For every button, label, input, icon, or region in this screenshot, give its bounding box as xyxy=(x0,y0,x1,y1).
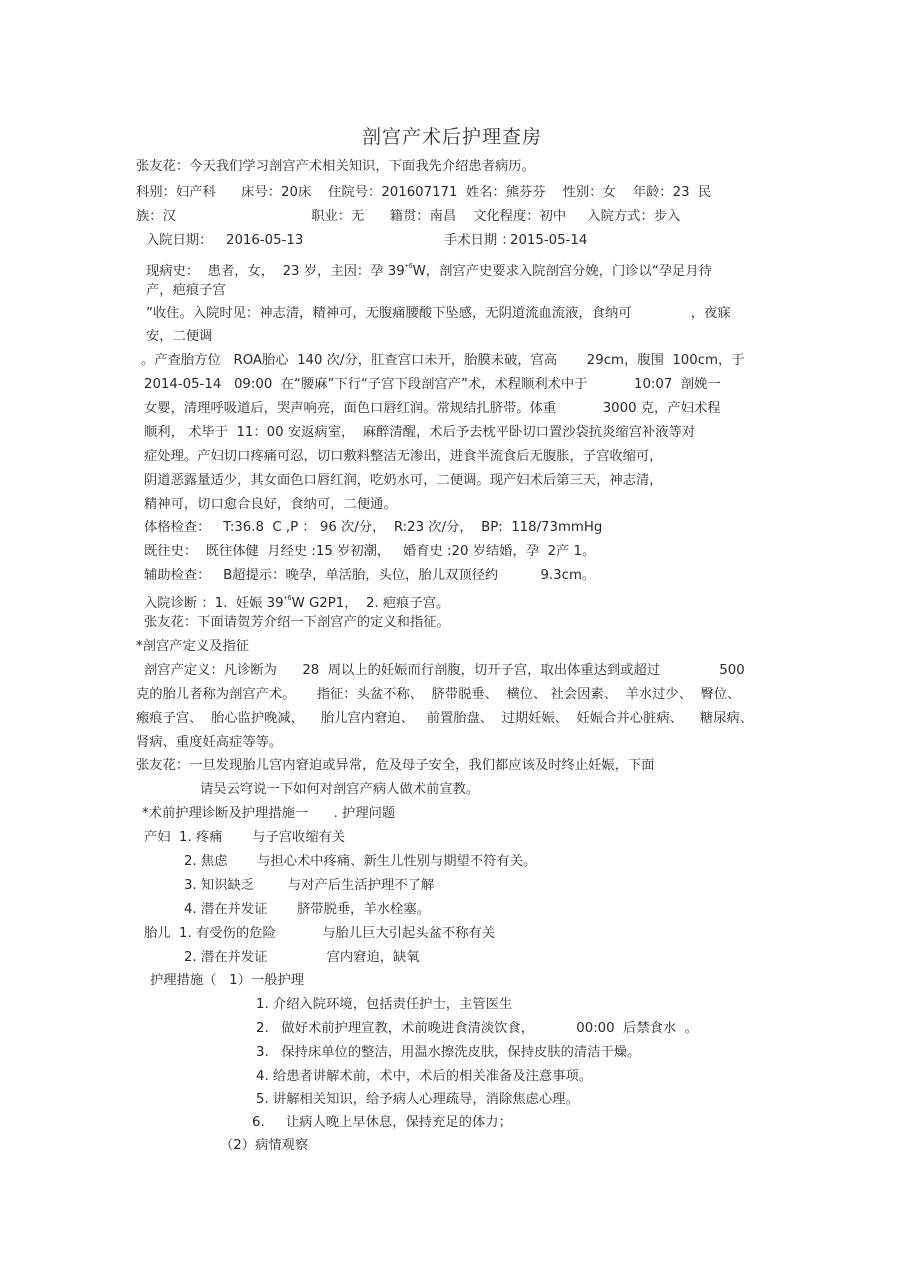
transition-line-1: 张友花：下面请贺芳介绍一下剖宫产的定义和指征。 xyxy=(144,614,450,632)
history-line-11: 精神可，切口愈合良好，食纳可，二便通。 xyxy=(144,496,397,514)
intro-line: 张友花：今天我们学习剖宫产术相关知识，下面我先介绍患者病历。 xyxy=(136,158,535,176)
measure-item-2: 2. 做好术前护理宣教，术前晚进食清淡饮食， 00:00 后禁食水 。 xyxy=(256,1020,698,1038)
maternal-problem-2: 2. 焦虑 与担心术中疼痛、新生儿性别与期望不符有关。 xyxy=(184,853,536,871)
patient-info-line-2: 族：汉 职业：无 籍贯：南昌 文化程度：初中 入院方式：步入 xyxy=(136,208,680,226)
measures-heading: 护理措施（ 1）一般护理 xyxy=(150,972,304,990)
history-line-1: 现病史： 患者，女， 23 岁，主因：孕 39+6W，剖宫产史要求入院剖宫分娩，… xyxy=(146,258,712,281)
maternal-problem-3: 3. 知识缺乏 与对产后生活护理不了解 xyxy=(184,877,434,895)
history-line-4: 安，二便调 xyxy=(146,328,212,346)
maternal-problem-4: 4. 潜在并发证 脐带脱垂，羊水栓塞。 xyxy=(184,901,430,919)
transition-line-2a: 张友花：一旦发现胎儿宫内窘迫或异常，危及母子安全，我们都应该及时终止妊娠，下面 xyxy=(136,757,655,775)
history-line-7: 女婴，清理呼吸道后，哭声响亮，面色口唇红润。常规结扎脐带。体重 3000 克，产… xyxy=(144,400,721,418)
history-line-5: 。产查胎方位 ROA胎心 140 次/分，肛查宫口未开，胎膜未破，宫高 29cm… xyxy=(141,352,745,370)
history-line-8: 顺利， 术毕于 11：00 安返病室， 麻醉清醒，术后予去枕平卧切口置沙袋抗炎缩… xyxy=(144,424,695,442)
gestation-superscript: +6 xyxy=(284,595,292,602)
measure-item-3: 3. 保持床单位的整洁，用温水擦洗皮肤，保持皮肤的清洁干燥。 xyxy=(256,1044,640,1062)
definition-line-3: 瘢痕子宫、 胎心监护晚减， 胎儿宫内窘迫、 前置胎盘、 过期妊娠、 妊娠合并心脏… xyxy=(136,710,753,728)
history-text: W，剖宫产史要求入院剖宫分娩，门诊以“孕足月待 xyxy=(413,264,712,279)
aux-exam-line: 辅助检查： B超提示：晚孕，单活胎，头位，胎儿双顶径约 9.3cm。 xyxy=(144,567,595,585)
patient-info-line-1: 科别：妇产科 床号：20床 住院号：201607171 姓名：熊芬芬 性别：女 … xyxy=(136,184,711,202)
fetal-problem-2: 2. 潜在并发证 宫内窘迫，缺氧 xyxy=(184,949,420,967)
history-text: 现病史： 患者，女， 23 岁，主因：孕 39 xyxy=(146,264,405,279)
document-page: 剖宫产术后护理查房 张友花：今天我们学习剖宫产术相关知识，下面我先介绍患者病历。… xyxy=(0,0,904,1280)
measure-item-6: 6. 让病人晚上早休息，保持充足的体力； xyxy=(252,1114,512,1132)
admit-date-value: 2016-05-13 xyxy=(226,232,303,250)
history-line-10: 阴道恶露量适少，其女面色口唇红润，吃奶水可，二便调。现产妇术后第三天，神志清， xyxy=(144,472,663,490)
surgery-date-value: 2015-05-14 xyxy=(510,232,587,250)
diagnosis-text: W G2P1， 2. 疤痕子宫。 xyxy=(292,596,450,611)
section-heading-nursing: *术前护理诊断及护理措施一 . 护理问题 xyxy=(142,805,395,823)
past-history-line: 既往史： 既往体健 月经史 :15 岁初潮， 婚育史 :20 岁结婚，孕 2产 … xyxy=(144,543,595,561)
transition-line-2b: 请吴云穹说一下如何对剖宫产病人做术前宣教。 xyxy=(200,781,479,799)
diagnosis-text: 入院诊断 ：1. 妊娠 39 xyxy=(144,596,284,611)
measure-item-4: 4. 给患者讲解术前，术中，术后的相关准备及注意事项。 xyxy=(256,1068,592,1086)
gestation-superscript: +6 xyxy=(405,263,413,270)
fetal-problem-1: 胎儿 1. 有受伤的危险 与胎儿巨大引起头盆不称有关 xyxy=(144,925,495,943)
maternal-problem-1: 产妇 1. 疼痛 与子宫收缩有关 xyxy=(144,829,345,847)
history-line-2: 产，疤痕子宫 xyxy=(146,282,226,300)
physical-exam-line: 体格检查： T:36.8 C ,P ： 96 次/分， R:23 次/分， BP… xyxy=(144,519,602,537)
history-line-6: 2014-05-14 09:00 在“腰麻”下行“子宫下段剖宫产”术，术程顺利术… xyxy=(144,376,721,394)
section-heading-definition: *剖宫产定义及指征 xyxy=(136,638,249,656)
diagnosis-line: 入院诊断 ：1. 妊娠 39+6W G2P1， 2. 疤痕子宫。 xyxy=(144,590,449,613)
admit-date-label: 入院日期： xyxy=(146,232,212,250)
observation-heading: （2）病情观察 xyxy=(220,1137,308,1155)
measure-item-5: 5. 讲解相关知识，给予病人心理疏导，消除焦虑心理。 xyxy=(256,1091,579,1109)
surgery-date-label: 手术日期 ： xyxy=(444,232,515,250)
document-title: 剖宫产术后护理查房 xyxy=(0,122,904,149)
measure-item-1: 1. 介绍入院环境，包括责任护士，主管医生 xyxy=(256,996,512,1014)
history-line-9: 症处理。产妇切口疼痛可忍，切口敷料整洁无渗出，进食半流食后无腹胀，子宫收缩可， xyxy=(144,448,663,466)
definition-line-4: 肾病、重度妊高症等等。 xyxy=(136,734,282,752)
definition-line-2: 克的胎儿者称为剖宫产术。 指征：头盆不称、 脐带脱垂、 横位、 社会因素、 羊水… xyxy=(136,686,740,704)
definition-line-1: 剖宫产定义：凡诊断为 28 周以上的妊娠而行剖腹，切开子宫，取出体重达到或超过 … xyxy=(144,662,745,680)
history-line-3: ”收住。入院时见：神志清，精神可，无腹痛腰酸下坠感，无阴道流血流液，食纳可 ，夜… xyxy=(146,305,731,323)
